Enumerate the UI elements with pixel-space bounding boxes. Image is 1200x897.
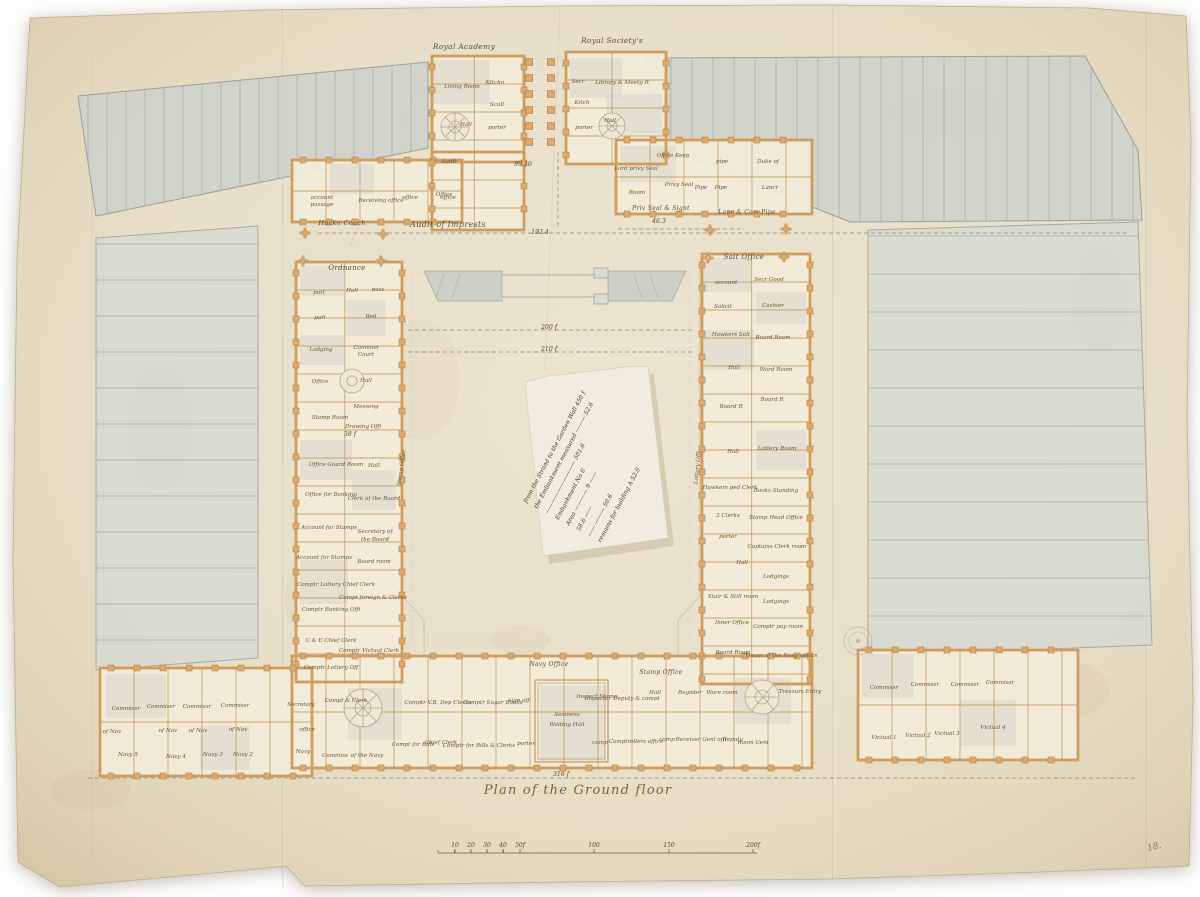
pier	[429, 110, 435, 116]
pier	[108, 773, 114, 779]
room-label: account	[311, 195, 334, 201]
pier	[970, 757, 976, 763]
room-label: Board R	[759, 397, 783, 403]
room-label: Board Room	[754, 335, 790, 341]
room-label: parl	[313, 290, 325, 296]
pier	[399, 661, 405, 667]
pier	[892, 757, 898, 763]
pier	[399, 408, 405, 414]
pier	[212, 665, 218, 671]
pier	[1022, 647, 1028, 653]
pier	[300, 765, 306, 771]
pier	[534, 653, 540, 659]
lamp-bollard-lobe	[382, 229, 385, 232]
pier	[699, 423, 705, 429]
pier	[508, 653, 514, 659]
room-label: Hall	[735, 560, 748, 566]
lamp-bollard-lobe	[384, 260, 387, 263]
pier	[404, 765, 410, 771]
room-label: Lord privy Seal	[613, 166, 658, 172]
block-left	[96, 226, 258, 670]
lamp-bollard-lobe	[308, 232, 311, 235]
vestibule-pier	[526, 107, 533, 114]
pier	[638, 653, 644, 659]
pier	[508, 765, 514, 771]
vestibule-pier	[526, 75, 533, 82]
pier	[134, 665, 140, 671]
lamp-bollard-lobe	[785, 224, 788, 227]
pier	[399, 293, 405, 299]
room-label: Drawing Offi	[344, 424, 382, 430]
dimension-label: 200 f	[540, 324, 559, 331]
lamp-bollard-icon	[781, 254, 787, 260]
pier	[586, 653, 592, 659]
pier	[534, 765, 540, 771]
pier	[293, 293, 299, 299]
room-label: porter	[719, 534, 737, 540]
pier	[807, 446, 813, 452]
plan-caption: Plan of the Ground floor	[483, 783, 673, 798]
room-label: Lancr	[761, 185, 779, 191]
pier	[293, 638, 299, 644]
block-heading: Navy Office	[528, 661, 568, 668]
pier	[780, 211, 786, 217]
room-label: Comptr for Bills & Clerks	[443, 743, 515, 749]
pier	[134, 773, 140, 779]
pier	[293, 431, 299, 437]
pier	[326, 765, 332, 771]
pier	[264, 665, 270, 671]
pier	[807, 492, 813, 498]
room-label: Account for Stamps	[300, 525, 357, 531]
pier	[624, 137, 630, 143]
pier	[702, 211, 708, 217]
pier	[807, 285, 813, 291]
pasted-note: from the Strand to the Garden Wall 450 f…	[522, 366, 674, 564]
pier	[612, 653, 618, 659]
pier	[676, 137, 682, 143]
pier	[160, 665, 166, 671]
vestibule-pier	[548, 59, 555, 66]
lamp-bollard-lobe	[713, 229, 716, 232]
pier	[754, 137, 760, 143]
pier	[399, 385, 405, 391]
lamp-bollard-icon	[707, 227, 713, 233]
block-heading: Audit of Imprests	[409, 220, 486, 229]
pier	[293, 477, 299, 483]
pier	[326, 157, 332, 163]
lamp-bollard-lobe	[382, 237, 385, 240]
vestibule-pier	[526, 59, 533, 66]
lamp-bollard-lobe	[779, 256, 782, 259]
pier	[399, 339, 405, 345]
pier	[699, 446, 705, 452]
lamp-bollard-icon	[302, 230, 308, 236]
lamp-bollard-lobe	[302, 256, 305, 259]
room-label: Victual 3	[934, 731, 960, 737]
room-label: comp	[659, 737, 675, 743]
pier	[186, 665, 192, 671]
room-label: Captains Clerk room	[748, 544, 807, 550]
pier	[944, 647, 950, 653]
room-label: of Nav	[159, 728, 178, 734]
pier	[970, 647, 976, 653]
pier	[293, 615, 299, 621]
room-label: Comptr Banking Offi	[302, 607, 361, 613]
room-label: Secretary of	[358, 529, 394, 535]
room-label: office	[402, 195, 418, 201]
pier	[807, 354, 813, 360]
pier	[780, 137, 786, 143]
room-label: Office Keep	[657, 153, 690, 159]
room-label: Secr	[572, 79, 585, 85]
lamp-bollard-lobe	[380, 256, 383, 259]
pier	[300, 219, 306, 225]
room-label: Clerk of the Board	[348, 496, 401, 502]
pier	[699, 308, 705, 314]
pier	[108, 665, 114, 671]
pier	[352, 765, 358, 771]
room-label: Office	[312, 379, 329, 385]
room-label: Comptr V.B. Dep Clerks	[404, 700, 471, 706]
room-label: Hall	[726, 449, 739, 455]
pier	[699, 561, 705, 567]
pier	[807, 630, 813, 636]
room-label: Library & Meetg R	[594, 80, 649, 86]
room-label: Room	[628, 190, 645, 196]
pier	[563, 83, 569, 89]
room-label: Messeng	[352, 404, 379, 410]
pier	[807, 515, 813, 521]
room-wash	[330, 164, 374, 194]
room-label: pipe	[716, 159, 729, 165]
lamp-bollard-icon	[380, 231, 386, 237]
pier	[807, 584, 813, 590]
room-label: Stamp Room	[312, 415, 348, 421]
room-label: Commissr	[112, 706, 141, 712]
room-label: Seamens	[554, 712, 580, 718]
room-label: Common	[353, 345, 379, 351]
room-label: Navy 4	[165, 754, 186, 760]
room-label: office	[299, 727, 315, 733]
room-label: Hall	[459, 122, 472, 128]
pier	[399, 638, 405, 644]
pier	[699, 607, 705, 613]
pier	[690, 765, 696, 771]
vestibule-pier	[548, 139, 555, 146]
room-label: Duke of	[756, 159, 780, 165]
room-label: Compt foreign & Clerks	[339, 595, 407, 601]
pier	[807, 331, 813, 337]
pier	[918, 757, 924, 763]
vestibule-pier	[526, 91, 533, 98]
pier	[429, 160, 435, 166]
room-label: Pipe	[694, 185, 708, 191]
scale-number: 100	[588, 842, 600, 849]
room-label: parl	[314, 315, 326, 321]
scanned-plan-page: from the Strand to the Garden Wall 450 f…	[0, 0, 1200, 897]
pier	[290, 665, 296, 671]
room-label: Living Room	[443, 84, 480, 90]
pier	[293, 270, 299, 276]
pier	[404, 219, 410, 225]
room-label: account	[715, 280, 738, 286]
lamp-bollard-lobe	[306, 260, 309, 263]
pier	[728, 137, 734, 143]
room-label: Hall	[727, 365, 740, 371]
room-label: Receiving office	[357, 198, 404, 204]
lamp-bollard-lobe	[386, 233, 389, 236]
pier	[807, 308, 813, 314]
room-label: Audit	[440, 159, 457, 165]
room-label: Comptr Lottery Chief Clerk	[297, 582, 376, 588]
room-label: Hall	[648, 690, 661, 696]
room-label: Cashier	[762, 303, 784, 309]
pier	[699, 515, 705, 521]
room-label: porter	[488, 125, 506, 131]
room-label: Hawkers Salt	[711, 332, 751, 338]
room-label: Books Standing	[753, 488, 799, 494]
block-heading: Salt Office	[724, 253, 765, 261]
pier	[563, 152, 569, 158]
pier	[807, 262, 813, 268]
room-label: Lodging	[308, 347, 333, 353]
pier	[293, 408, 299, 414]
pier	[1048, 647, 1054, 653]
room-label: Hall	[345, 288, 358, 294]
lamp-bollard-lobe	[378, 233, 381, 236]
room-label: Victual 1	[871, 735, 896, 741]
pier	[482, 765, 488, 771]
pier	[699, 331, 705, 337]
pier	[160, 773, 166, 779]
pier	[944, 757, 950, 763]
room-label: Hall	[603, 118, 616, 124]
room-label: porter	[517, 741, 535, 747]
dimension-label: 46.3	[651, 218, 666, 225]
pier	[699, 400, 705, 406]
pier	[650, 137, 656, 143]
pier	[807, 538, 813, 544]
room-label: Lottery Room	[757, 446, 797, 452]
pier	[699, 492, 705, 498]
pier	[430, 653, 436, 659]
room-wash	[704, 258, 752, 292]
room-label: Treasurs Entry	[779, 689, 822, 695]
pier	[399, 523, 405, 529]
pier	[892, 647, 898, 653]
room-label: Navy 3	[202, 752, 223, 758]
room-label: of Nav	[103, 729, 122, 735]
block-heading: Hackn Coach	[317, 219, 365, 227]
dimension-label: 38 f	[344, 431, 358, 438]
lamp-bollard-lobe	[781, 228, 784, 231]
room-label: Secr Good	[754, 277, 784, 283]
pier	[293, 385, 299, 391]
room-label: Victual 4	[980, 725, 1006, 731]
room-label: Receiver Genl offi	[675, 737, 727, 743]
room-label: sign off	[509, 698, 531, 704]
room-label: Compt & Clerk	[325, 698, 368, 704]
pier	[326, 653, 332, 659]
room-label: Board room	[356, 559, 391, 565]
room-label: Secretary	[287, 702, 316, 708]
pier	[378, 765, 384, 771]
pier	[404, 157, 410, 163]
scale-number: 20	[466, 842, 475, 849]
pier	[521, 183, 527, 189]
lamp-bollard-lobe	[304, 228, 307, 231]
pier	[290, 773, 296, 779]
dimension-label: 316 f	[553, 771, 571, 778]
room-wash	[300, 440, 352, 480]
room-label: 3 Clerks	[716, 513, 740, 519]
room-label: Waiting Hall	[549, 722, 584, 728]
vestibule-pier	[548, 75, 555, 82]
lamp-bollard-lobe	[709, 233, 712, 236]
pier	[742, 765, 748, 771]
pier	[663, 106, 669, 112]
pier	[378, 157, 384, 163]
vestibule-pier	[548, 107, 555, 114]
lamp-bollard-lobe	[785, 232, 788, 235]
pier	[404, 653, 410, 659]
pier	[563, 60, 569, 66]
lamp-bollard-lobe	[707, 261, 710, 264]
block-heading: Priv Seal & Signt	[631, 205, 690, 212]
room-label: Commissr	[986, 680, 1015, 686]
room-label: Court	[358, 352, 375, 358]
pier	[212, 773, 218, 779]
pier	[429, 87, 435, 93]
room-label: Privy Seal	[664, 182, 694, 188]
pier	[794, 765, 800, 771]
room-label: Victual 2	[905, 733, 931, 739]
room-wash	[352, 470, 396, 510]
scale-number: 150	[663, 842, 675, 849]
lamp-bollard-lobe	[376, 260, 379, 263]
pier	[699, 354, 705, 360]
block-heading: Royal Society's	[580, 36, 643, 45]
room-label: Commissr	[183, 704, 212, 710]
room-label: pass	[372, 287, 385, 293]
room-label: Stair & Still room	[708, 594, 758, 600]
lamp-bollard-lobe	[298, 260, 301, 263]
room-label: Inspector Deputy & compt	[583, 696, 660, 702]
pier	[1022, 757, 1028, 763]
room-label: the Board	[361, 537, 389, 543]
room-label: Ware room	[706, 690, 737, 696]
pier	[699, 285, 705, 291]
room-label: Comptrollers office	[609, 739, 664, 745]
pier	[664, 653, 670, 659]
room-label: Commissr	[870, 685, 899, 691]
lamp-bollard-icon	[705, 255, 711, 261]
room-label: Account for Stamps	[295, 555, 352, 561]
dimension-label: 99.10	[514, 161, 532, 168]
pier	[563, 129, 569, 135]
pier	[293, 546, 299, 552]
lamp-bollard-icon	[783, 226, 789, 232]
pier	[612, 765, 618, 771]
pier	[716, 765, 722, 771]
pier	[429, 64, 435, 70]
block-heading: Royal Academy	[432, 42, 496, 51]
pier	[1048, 757, 1054, 763]
room-label: Hall	[367, 463, 380, 469]
pier	[429, 206, 435, 212]
pier	[996, 647, 1002, 653]
pier	[238, 773, 244, 779]
room-label: Solicit	[714, 304, 733, 310]
vestibule-pier	[548, 91, 555, 98]
pier	[663, 60, 669, 66]
lamp-bollard-lobe	[304, 236, 307, 239]
floor-plan-canvas: from the Strand to the Garden Wall 450 f…	[0, 0, 1200, 897]
pier	[293, 339, 299, 345]
pier	[352, 157, 358, 163]
pier	[807, 400, 813, 406]
block-heading: Ordnance	[328, 264, 365, 272]
pier	[399, 546, 405, 552]
pier	[699, 262, 705, 268]
room-label: Office Guard Room	[309, 462, 363, 468]
room-label: Commissr	[951, 682, 980, 688]
pier	[293, 569, 299, 575]
pier	[300, 157, 306, 163]
vestibule-pier	[526, 123, 533, 130]
lamp-bollard-lobe	[711, 257, 714, 260]
room-label: of Nav	[189, 728, 208, 734]
room-label: Scull	[490, 102, 504, 108]
room-wash	[960, 700, 1016, 746]
room-label: Hawkers ped Clerk	[702, 485, 758, 491]
lamp-bollard-lobe	[783, 260, 786, 263]
pier	[663, 129, 669, 135]
scale-number: 40	[498, 842, 507, 849]
room-label: Board R	[718, 404, 742, 410]
block-right	[868, 222, 1152, 656]
room-label: Comptr Victual Clerk	[339, 648, 400, 654]
pier	[664, 765, 670, 771]
pier	[399, 316, 405, 322]
room-wash	[434, 60, 490, 104]
room-label: Register	[677, 690, 702, 696]
pier	[638, 765, 644, 771]
room-label: Lodgings	[762, 599, 789, 605]
vestibule-pier	[526, 139, 533, 146]
pier	[399, 431, 405, 437]
room-label: Comptr pay room	[753, 624, 803, 630]
room-label: Commissr	[147, 704, 176, 710]
room-label: Navy 2	[232, 752, 253, 758]
room-wash	[862, 654, 914, 698]
pier	[690, 653, 696, 659]
lamp-bollard-lobe	[783, 252, 786, 255]
dimension-label: 210 f	[540, 346, 559, 353]
pier	[624, 211, 630, 217]
room-label: passage	[311, 202, 335, 208]
dimension-label: 192.4	[531, 229, 549, 236]
pier	[699, 630, 705, 636]
pier	[996, 757, 1002, 763]
lamp-bollard-lobe	[300, 232, 303, 235]
pier	[918, 647, 924, 653]
block-heading: Stamp Office	[639, 669, 682, 676]
room-label: Kitchn	[485, 80, 505, 86]
room-label: Navy	[295, 749, 311, 755]
pier	[702, 137, 708, 143]
